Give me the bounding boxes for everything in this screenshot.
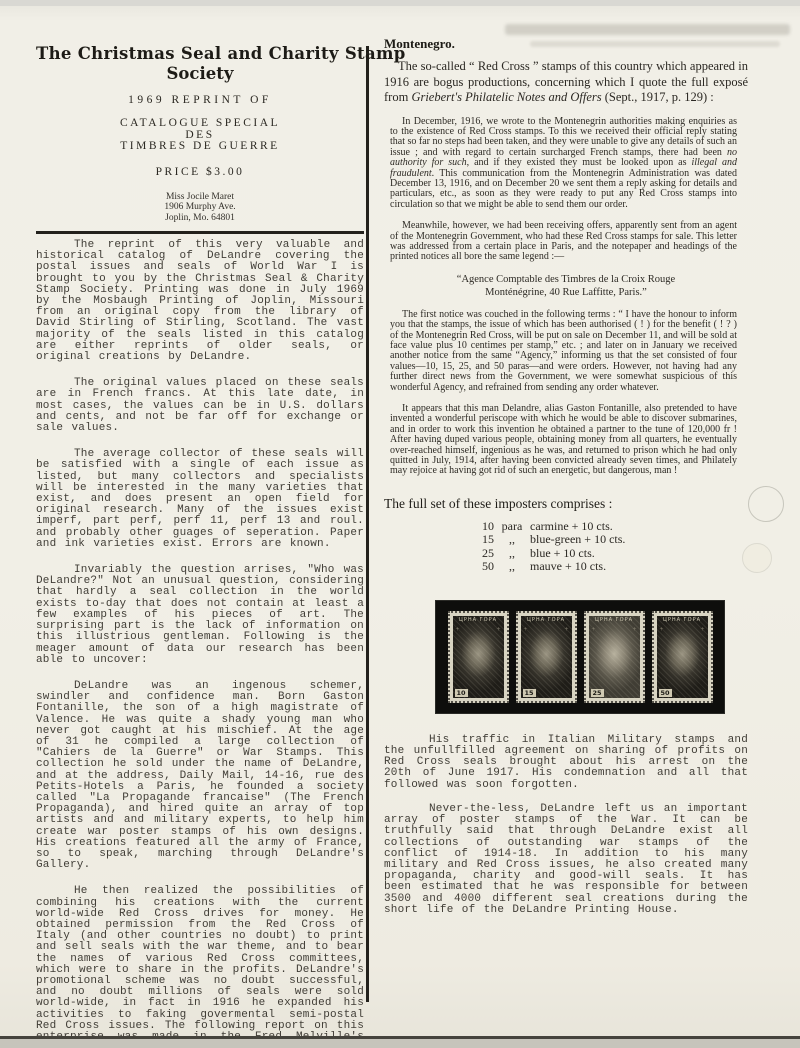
left-column: The Christmas Seal and Charity Stamp Soc… [36,44,364,1048]
full-set-heading: The full set of these imposters comprise… [384,496,748,512]
stamp-value-desc: blue + 10 cts. [530,547,748,561]
stamp-value-row: 10 para carmine + 10 cts. [468,520,748,534]
stamp-value-desc: mauve + 10 cts. [530,560,748,574]
agency-legend-line-1: “Agence Comptable des Timbres de la Croi… [384,273,748,286]
catalogue-title-line-1: CATALOGUE SPECIAL [36,118,364,130]
contact-block: Miss Jocile Maret 1906 Murphy Ave. Jopli… [36,192,364,224]
stamp-value-number: 50 [468,560,494,574]
stamp-face-value: 15 [523,689,536,697]
quote-text: . This communication from the Montenegri… [390,168,737,210]
stamp-value-number: 15 [468,533,494,547]
contact-city: Joplin, Mo. 64801 [36,213,364,224]
stamp-value-row: 15 ,, blue-green + 10 cts. [468,533,748,547]
right-typed-paragraph: Never-the-less, DeLandre left us an impo… [384,804,748,916]
column-divider-rule [366,46,369,1002]
stamp-value-desc: blue-green + 10 cts. [530,533,748,547]
stamp-inscription: ЦРНА ГОРА [521,617,572,623]
right-typed-paragraph: His traffic in Italian Military stamps a… [384,735,748,791]
stamp-25-para: ЦРНА ГОРА + + 25 [584,611,645,703]
cross-overprint-icon: + [592,625,596,633]
cross-overprint-icon: + [701,625,705,633]
bleedthrough-smudge [505,24,790,35]
stamp-inscription: ЦРНА ГОРА [657,617,708,623]
scanned-document-page: The Christmas Seal and Charity Stamp Soc… [0,0,800,1048]
stamp-value-row: 25 ,, blue + 10 cts. [468,547,748,561]
stamp-portrait: ЦРНА ГОРА + + 25 [589,616,640,698]
cross-overprint-icon: + [633,625,637,633]
stamp-portrait: ЦРНА ГОРА + + 15 [521,616,572,698]
agency-legend: “Agence Comptable des Timbres de la Croi… [384,273,748,299]
quote-text: , and if they existed they must be looke… [467,157,692,168]
stamp-face-value: 25 [591,689,604,697]
stamp-value-number: 25 [468,547,494,561]
price-line: PRICE $3.00 [36,166,364,178]
contact-street: 1906 Murphy Ave. [36,202,364,213]
quote-text: In December, 1916, we wrote to the Monte… [390,116,737,158]
cross-overprint-icon: + [524,625,528,633]
stamps-photo-strip: ЦРНА ГОРА + + 10 ЦРНА ГОРА + + 15 ЦРНА Г… [436,601,724,713]
stamp-face-value: 10 [455,689,468,697]
left-paragraph: The reprint of this very valuable and hi… [36,240,364,363]
catalogue-title: CATALOGUE SPECIAL DES TIMBRES DE GUERRE [36,118,364,153]
quoted-excerpt-paragraph-3: The first notice was couched in the foll… [390,310,737,393]
stamp-face-value: 50 [659,689,672,697]
reprint-title: 1969 REPRINT OF [36,94,364,106]
stamp-10-para: ЦРНА ГОРА + + 10 [448,611,509,703]
stamp-value-list: 10 para carmine + 10 cts. 15 ,, blue-gre… [468,520,748,574]
catalogue-title-line-3: TIMBRES DE GUERRE [36,141,364,153]
stamp-value-desc: carmine + 10 cts. [530,520,748,534]
cross-overprint-icon: + [660,625,664,633]
scan-edge-bottom [0,1039,800,1048]
intro-italic-title: Griebert's Philatelic Notes and Offers [411,90,601,104]
cross-overprint-icon: + [456,625,460,633]
society-masthead-line-2: Society [36,64,364,84]
scan-edge-top [0,0,800,6]
punch-hole [748,486,784,522]
left-paragraph: Invariably the question arrises, "Who wa… [36,565,364,666]
left-paragraph: The original values placed on these seal… [36,378,364,434]
left-body-text: The reprint of this very valuable and hi… [36,240,364,1048]
cross-overprint-icon: + [497,625,501,633]
quoted-excerpt-paragraph-4: It appears that this man Delandre, alias… [390,404,737,477]
stamp-value-unit: ,, [494,547,530,561]
stamp-inscription: ЦРНА ГОРА [453,617,504,623]
left-paragraph: He then realized the possibilities of co… [36,886,364,1048]
agency-legend-line-2: Monténégrine, 40 Rue Laffitte, Paris.” [384,286,748,299]
quoted-excerpt-paragraph-1: In December, 1916, we wrote to the Monte… [390,117,737,211]
stamp-inscription: ЦРНА ГОРА [589,617,640,623]
section-heading-montenegro: Montenegro. [384,36,748,52]
stamp-value-number: 10 [468,520,494,534]
masthead-rule [36,231,364,234]
stamp-portrait: ЦРНА ГОРА + + 10 [453,616,504,698]
stamp-portrait: ЦРНА ГОРА + + 50 [657,616,708,698]
contact-name: Miss Jocile Maret [36,192,364,203]
stamp-value-row: 50 ,, mauve + 10 cts. [468,560,748,574]
left-paragraph: DeLandre was an ingenous schemer, swindl… [36,681,364,871]
montenegro-intro-paragraph: The so-called “ Red Cross ” stamps of th… [384,59,748,106]
stamp-15-para: ЦРНА ГОРА + + 15 [516,611,577,703]
stamp-value-unit: para [494,520,530,534]
left-paragraph: The average collector of these seals wil… [36,449,364,550]
stamp-value-unit: ,, [494,560,530,574]
quoted-excerpt-paragraph-2: Meanwhile, however, we had been receivin… [390,221,737,263]
society-masthead-line-1: The Christmas Seal and Charity Stamp [36,44,364,64]
stamp-50-para: ЦРНА ГОРА + + 50 [652,611,713,703]
intro-text: (Sept., 1917, p. 129) : [602,90,714,104]
cross-overprint-icon: + [565,625,569,633]
right-column: Montenegro. The so-called “ Red Cross ” … [384,36,748,916]
stamp-value-unit: ,, [494,533,530,547]
